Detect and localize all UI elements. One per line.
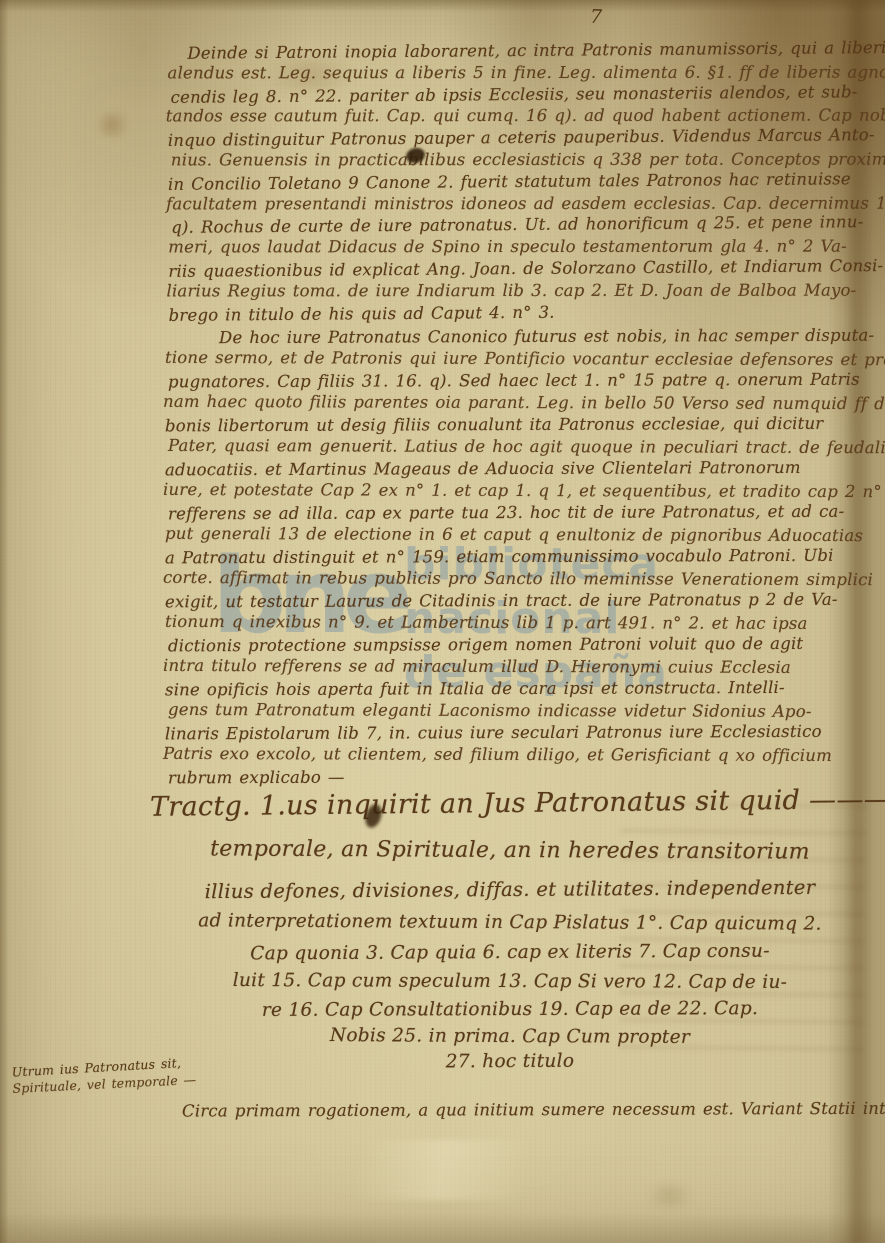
heading-line: ad interpretationem textuum in Cap Pisla… bbox=[150, 910, 870, 935]
bottom-text-line: Circa primam rogationem, a qua initium s… bbox=[182, 1099, 885, 1121]
chapter-heading: Tractg. 1.us inquirit an Jus Patronatus … bbox=[150, 0, 870, 1243]
heading-line: Nobis 25. in prima. Cap Cum propter bbox=[150, 1024, 870, 1049]
heading-line: luit 15. Cap cum speculum 13. Cap Si ver… bbox=[150, 970, 870, 994]
heading-line: re 16. Cap Consultationibus 19. Cap ea d… bbox=[150, 998, 870, 1022]
heading-line: Tractg. 1.us inquirit an Jus Patronatus … bbox=[150, 784, 870, 823]
heading-line: temporale, an Spirituale, an in heredes … bbox=[150, 836, 870, 865]
heading-line: illius defones, divisiones, diffas. et u… bbox=[150, 875, 870, 903]
manuscript-page: bne biblioteca nacional de españa 7 Dein… bbox=[0, 0, 885, 1243]
heading-line: 27. hoc titulo bbox=[150, 1049, 870, 1074]
heading-line: Cap quonia 3. Cap quia 6. cap ex literis… bbox=[150, 940, 870, 965]
paper-stain bbox=[92, 112, 132, 138]
